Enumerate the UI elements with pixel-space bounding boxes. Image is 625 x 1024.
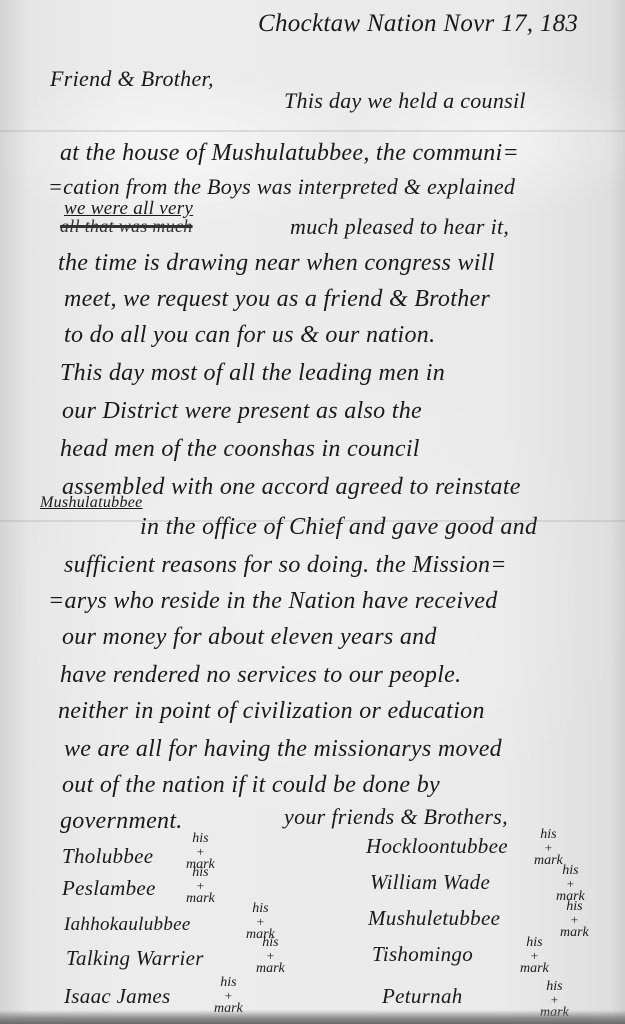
final-word: government. [60, 808, 183, 835]
signature-name: Peturnah [382, 984, 463, 1009]
signature-name: Iahhokaulubbee [64, 914, 191, 936]
signature-mark: his + mark [556, 864, 585, 903]
margin-insertion: Mushulatubbee [40, 494, 143, 512]
letter-line: to do all you can for us & our nation. [64, 322, 435, 349]
letter-line: sufficient reasons for so doing. the Mis… [64, 552, 507, 579]
letter-line: =arys who reside in the Nation have rece… [48, 588, 498, 615]
opening-line: This day we held a counsil [284, 88, 526, 114]
signature-name: Tishomingo [372, 942, 473, 967]
letter-line: our money for about eleven years and [62, 624, 437, 651]
bleed-through-text [60, 40, 66, 63]
letter-page: Chocktaw Nation Novr 17, 183 Friend & Br… [0, 0, 625, 1024]
signature-mark: his + mark [534, 828, 563, 867]
letter-line: head men of the coonshas in council [60, 436, 420, 463]
letter-line: meet, we request you as a friend & Broth… [64, 286, 490, 313]
signature-name: Mushuletubbee [368, 906, 500, 931]
letter-line: out of the nation if it could be done by [62, 772, 440, 799]
signature-name: William Wade [370, 870, 490, 895]
signature-name: Hockloontubbee [366, 834, 508, 859]
letter-line: much pleased to hear it, [290, 214, 509, 240]
signature-mark: his + mark [540, 980, 569, 1019]
letter-line: have rendered no services to our people. [60, 662, 461, 689]
struck-text: all that was much [60, 216, 193, 237]
letter-line: our District were present as also the [62, 398, 422, 425]
signature-name: Peslambee [62, 876, 156, 901]
closing: your friends & Brothers, [284, 804, 508, 830]
signature-mark: his + mark [256, 936, 285, 975]
salutation: Friend & Brother, [50, 66, 214, 92]
letter-line: at the house of Mushulatubbee, the commu… [60, 140, 519, 167]
letter-line: =cation from the Boys was interpreted & … [48, 174, 515, 200]
letter-line: neither in point of civilization or educ… [58, 698, 485, 725]
letter-line: in the office of Chief and gave good and [140, 514, 537, 541]
signature-name: Isaac James [64, 984, 171, 1009]
letter-line: we are all for having the missionarys mo… [64, 736, 502, 763]
dateline: Chocktaw Nation Novr 17, 183 [258, 10, 578, 38]
paper-fold [0, 130, 625, 132]
signature-mark: his + mark [520, 936, 549, 975]
letter-line: This day most of all the leading men in [60, 360, 445, 387]
signature-mark: his + mark [560, 900, 589, 939]
signature-mark: his + mark [186, 866, 215, 905]
signature-name: Tholubbee [62, 844, 153, 869]
letter-line: the time is drawing near when congress w… [58, 250, 495, 277]
signature-name: Talking Warrier [66, 946, 204, 971]
signature-mark: his + mark [214, 976, 243, 1015]
